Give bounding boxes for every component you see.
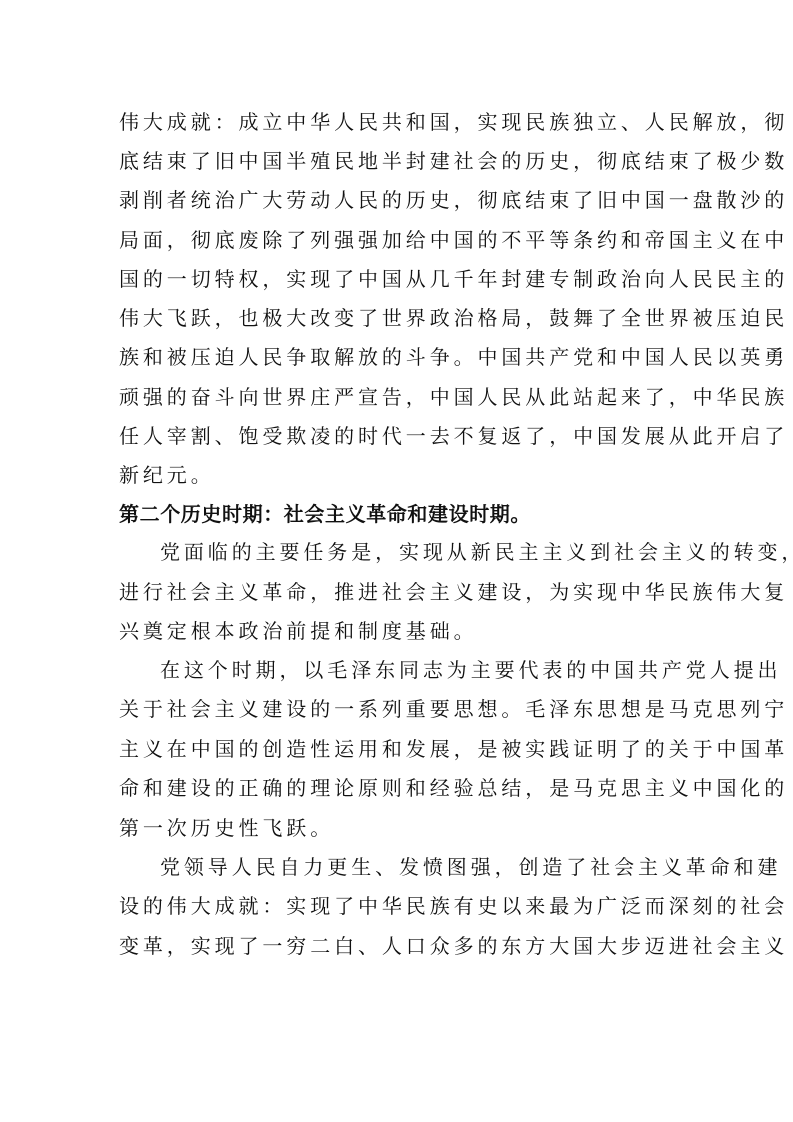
paragraph-1-line-10: 新纪元。 [119, 463, 215, 487]
paragraph-1-line-9: 任人宰割、饱受欺凌的时代一去不复返了，中国发展从此开启了 [119, 424, 788, 448]
paragraph-2-line-2: 进行社会主义革命，推进社会主义建设，为实现中华民族伟大复 [119, 580, 788, 604]
paragraph-4-line-3: 变革，实现了一穷二白、人口众多的东方大国大步迈进社会主义 [119, 934, 788, 958]
document-page: 伟大成就：成立中华人民共和国，实现民族独立、人民解放，彻 底结束了旧中国半殖民地… [0, 0, 793, 1122]
paragraph-1-line-1: 伟大成就：成立中华人民共和国，实现民族独立、人民解放，彻 [119, 110, 788, 134]
paragraph-1-line-6: 伟大飞跃，也极大改变了世界政治格局，鼓舞了全世界被压迫民 [119, 306, 788, 330]
paragraph-2-line-3: 兴奠定根本政治前提和制度基础。 [119, 619, 478, 643]
paragraph-3-line-3: 主义在中国的创造性运用和发展，是被实践证明了的关于中国革 [119, 737, 788, 761]
paragraph-2-line-1: 党面临的主要任务是，实现从新民主主义到社会主义的转变， [160, 540, 793, 564]
paragraph-1-line-5: 国的一切特权，实现了中国从几千年封建专制政治向人民民主的 [119, 267, 788, 291]
paragraph-3-line-4: 命和建设的正确的理论原则和经验总结，是马克思主义中国化的 [119, 776, 788, 800]
paragraph-4-line-2: 设的伟大成就：实现了中华民族有史以来最为广泛而深刻的社会 [119, 894, 788, 918]
paragraph-4-line-1: 党领导人民自力更生、发愤图强，创造了社会主义革命和建 [160, 855, 781, 879]
paragraph-3-line-1: 在这个时期，以毛泽东同志为主要代表的中国共产党人提出 [160, 658, 781, 682]
paragraph-3-line-5: 第一次历史性飞跃。 [119, 816, 334, 840]
paragraph-1-line-4: 局面，彻底废除了列强强加给中国的不平等条约和帝国主义在中 [119, 228, 788, 252]
paragraph-3-line-2: 关于社会主义建设的一系列重要思想。毛泽东思想是马克思列宁 [119, 697, 788, 721]
paragraph-1-line-3: 剥削者统治广大劳动人民的历史，彻底结束了旧中国一盘散沙的 [119, 188, 788, 212]
section-heading: 第二个历史时期：社会主义革命和建设时期。 [119, 502, 531, 526]
paragraph-1-line-7: 族和被压迫人民争取解放的斗争。中国共产党和中国人民以英勇 [119, 345, 788, 369]
paragraph-1-line-8: 顽强的奋斗向世界庄严宣告，中国人民从此站起来了，中华民族 [119, 385, 788, 409]
paragraph-1-line-2: 底结束了旧中国半殖民地半封建社会的历史，彻底结束了极少数 [119, 149, 788, 173]
